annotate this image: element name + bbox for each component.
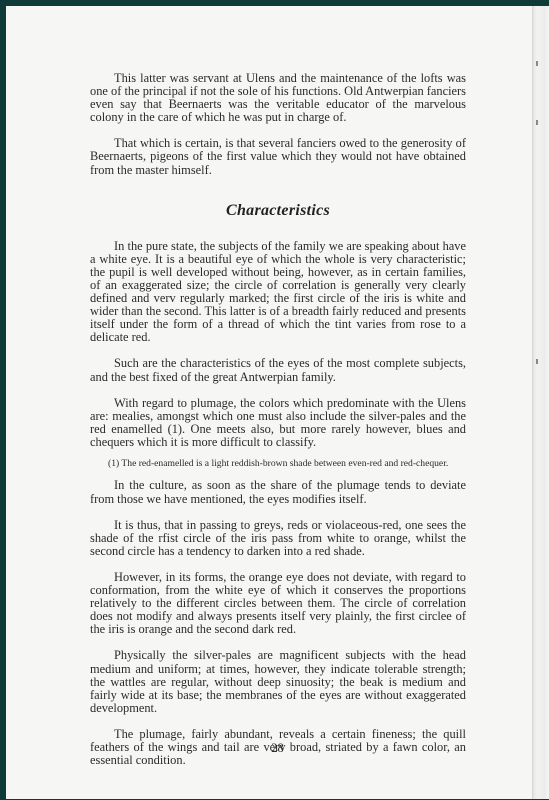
paragraph: In the culture, as soon as the share of … xyxy=(90,479,466,505)
page-number: 28 xyxy=(6,741,549,756)
footnote: (1) The red-enamelled is a light reddish… xyxy=(90,459,466,470)
binding-mark xyxy=(536,61,538,66)
paragraph: Such are the characteristics of the eyes… xyxy=(90,357,466,383)
paragraph: In the pure state, the subjects of the f… xyxy=(90,240,466,345)
scan-frame: This latter was servant at Ulens and the… xyxy=(0,0,549,800)
paragraph: This latter was servant at Ulens and the… xyxy=(90,72,466,124)
paragraph: It is thus, that in passing to greys, re… xyxy=(90,519,466,558)
binding-mark xyxy=(536,359,538,364)
binding-mark xyxy=(536,120,538,125)
page-body: This latter was servant at Ulens and the… xyxy=(90,72,466,780)
binding-shadow xyxy=(532,6,549,799)
paragraph: However, in its forms, the orange eye do… xyxy=(90,571,466,636)
paragraph: That which is certain, is that several f… xyxy=(90,137,466,176)
paragraph: Physically the silver-pales are magnific… xyxy=(90,649,466,714)
book-page: This latter was servant at Ulens and the… xyxy=(6,6,549,799)
section-heading: Characteristics xyxy=(90,202,466,220)
paragraph: With regard to plumage, the colors which… xyxy=(90,397,466,449)
